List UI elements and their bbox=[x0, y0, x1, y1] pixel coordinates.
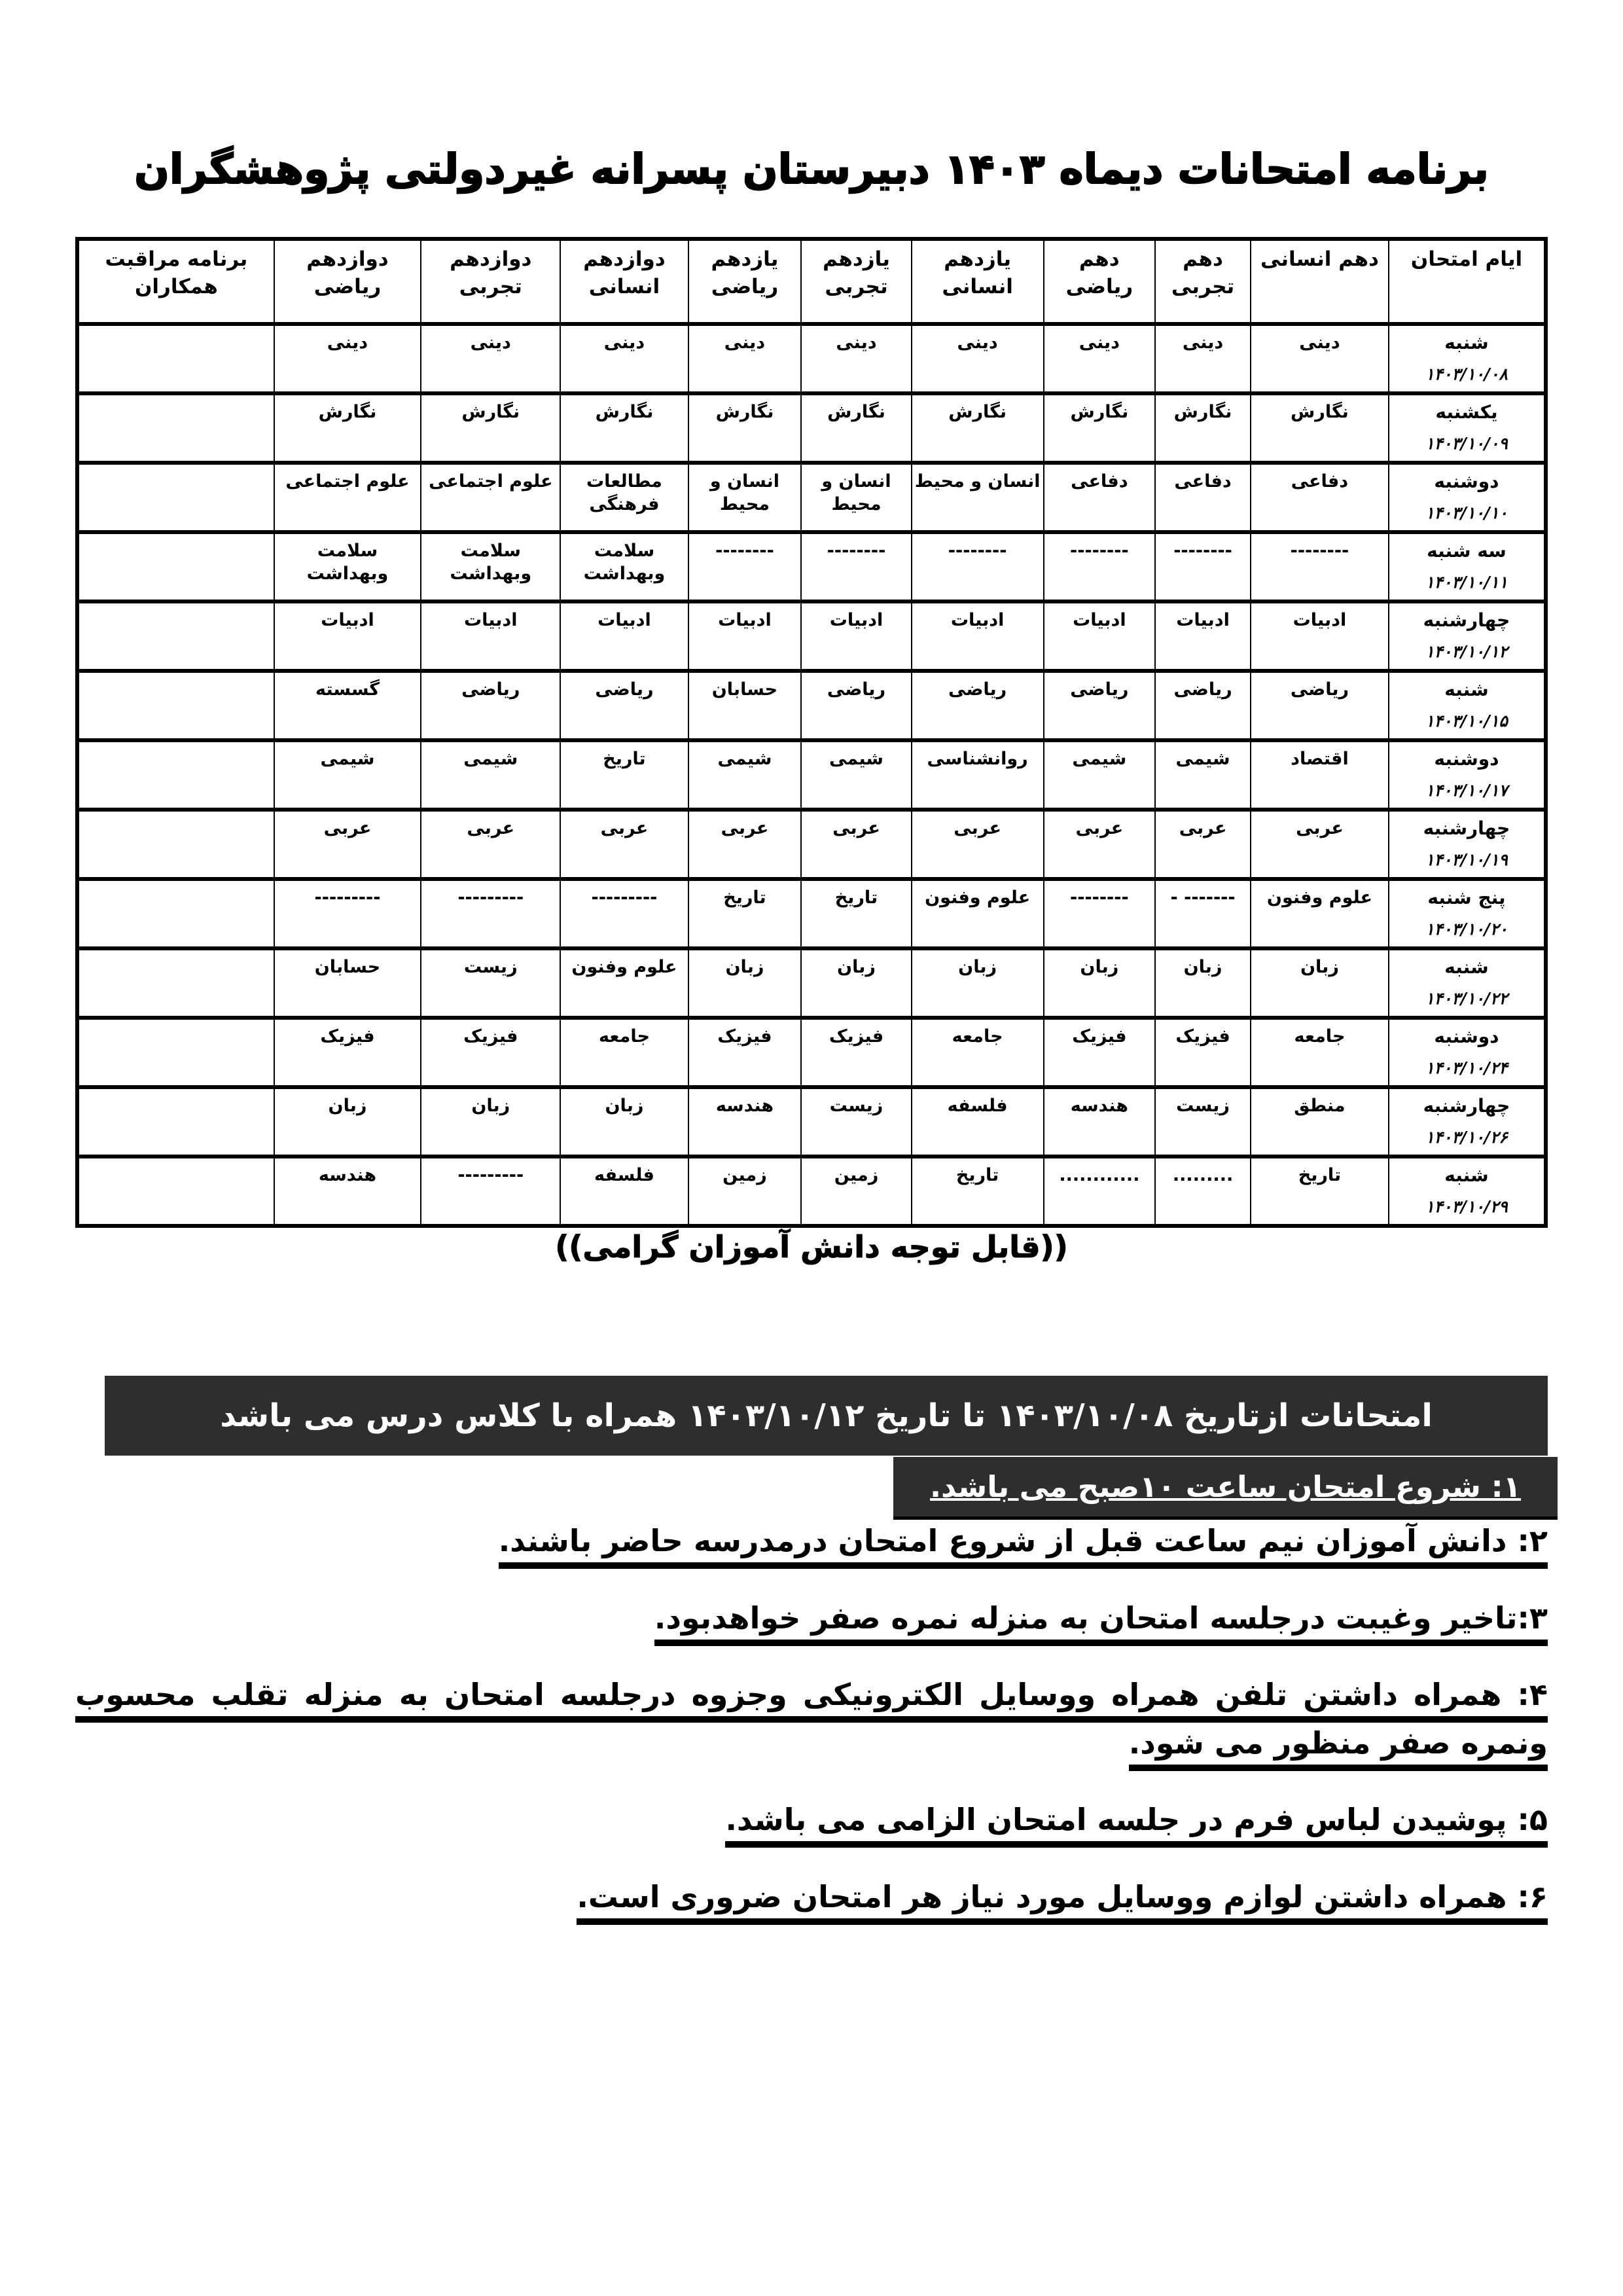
subject-cell: ادبیات bbox=[274, 601, 421, 671]
document-page: برنامه امتحانات دیماه ۱۴۰۳ دبیرستان پسرا… bbox=[0, 0, 1623, 2296]
subject-cell: -------- bbox=[1251, 532, 1389, 601]
table-row: پنج شنبه۱۴۰۳/۱۰/۲۰علوم وفنون------- ----… bbox=[77, 879, 1546, 948]
day-name: دوشنبه bbox=[1389, 747, 1544, 771]
subject-cell: دینی bbox=[1155, 324, 1251, 393]
exam-day-cell: دوشنبه۱۴۰۳/۱۰/۲۴ bbox=[1389, 1018, 1546, 1087]
subject-cell: شیمی bbox=[801, 740, 911, 810]
subject-cell: فیزیک bbox=[274, 1018, 421, 1087]
column-header: برنامه مراقبت همکاران bbox=[77, 239, 274, 324]
guard-schedule-cell bbox=[77, 1087, 274, 1157]
exam-day-cell: شنبه۱۴۰۳/۱۰/۲۹ bbox=[1389, 1157, 1546, 1226]
subject-cell: اقتصاد bbox=[1251, 740, 1389, 810]
subject-cell: شیمی bbox=[421, 740, 560, 810]
page-title: برنامه امتحانات دیماه ۱۴۰۳ دبیرستان پسرا… bbox=[0, 145, 1623, 193]
subject-cell: عربی bbox=[1044, 810, 1156, 879]
subject-cell: زبان bbox=[688, 948, 802, 1018]
note-item: ۶: همراه داشتن لوازم ووسایل مورد نیاز هر… bbox=[75, 1873, 1548, 1922]
subject-cell: دینی bbox=[421, 324, 560, 393]
subject-cell: تاریخ bbox=[560, 740, 688, 810]
table-row: چهارشنبه۱۴۰۳/۱۰/۱۲ادبیاتادبیاتادبیاتادبی… bbox=[77, 601, 1546, 671]
subject-cell: جامعه bbox=[1251, 1018, 1389, 1087]
guard-schedule-cell bbox=[77, 601, 274, 671]
subject-cell: دفاعی bbox=[1251, 463, 1389, 532]
subject-cell: زبان bbox=[421, 1087, 560, 1157]
rules-list: ۲: دانش آموزان نیم ساعت قبل از شروع امتح… bbox=[75, 1517, 1548, 1950]
day-date: ۱۴۰۳/۱۰/۲۲ bbox=[1389, 988, 1544, 1010]
subject-cell: هندسه bbox=[1044, 1087, 1156, 1157]
day-name: شنبه bbox=[1389, 1164, 1544, 1187]
day-date: ۱۴۰۳/۱۰/۱۹ bbox=[1389, 850, 1544, 871]
day-name: سه شنبه bbox=[1389, 539, 1544, 563]
day-name: یکشنبه bbox=[1389, 401, 1544, 424]
table-row: شنبه۱۴۰۳/۱۰/۲۹تاریخ.....................… bbox=[77, 1157, 1546, 1226]
subject-cell: علوم وفنون bbox=[560, 948, 688, 1018]
day-date: ۱۴۰۳/۱۰/۰۸ bbox=[1389, 364, 1544, 386]
subject-cell: نگارش bbox=[1251, 393, 1389, 463]
subject-cell: فیزیک bbox=[801, 1018, 911, 1087]
subject-cell: فیزیک bbox=[688, 1018, 802, 1087]
subject-cell: علوم اجتماعی bbox=[421, 463, 560, 532]
subject-cell: --------- bbox=[421, 879, 560, 948]
note-1-text: ۱: شروع امتحان ساعت ۱۰صبح می باشد. bbox=[930, 1469, 1521, 1504]
day-name: شنبه bbox=[1389, 956, 1544, 979]
subject-cell: شیمی bbox=[688, 740, 802, 810]
table-header: ایام امتحاندهم انسانیدهم تجربیدهم ریاضیی… bbox=[77, 239, 1546, 324]
subject-cell: ------- - bbox=[1155, 879, 1251, 948]
subject-cell: زبان bbox=[1044, 948, 1156, 1018]
subject-cell: فلسفه bbox=[560, 1157, 688, 1226]
subject-cell: تاریخ bbox=[688, 879, 802, 948]
subject-cell: مطالعات فرهنگی bbox=[560, 463, 688, 532]
subject-cell: دفاعی bbox=[1155, 463, 1251, 532]
subject-cell: عربی bbox=[421, 810, 560, 879]
subject-cell: فلسفه bbox=[912, 1087, 1044, 1157]
day-date: ۱۴۰۳/۱۰/۲۰ bbox=[1389, 919, 1544, 941]
day-date: ۱۴۰۳/۱۰/۲۶ bbox=[1389, 1127, 1544, 1149]
column-header: یازدهم ریاضی bbox=[688, 239, 802, 324]
day-date: ۱۴۰۳/۱۰/۱۱ bbox=[1389, 572, 1544, 594]
exam-day-cell: یکشنبه۱۴۰۳/۱۰/۰۹ bbox=[1389, 393, 1546, 463]
subject-cell: زبان bbox=[560, 1087, 688, 1157]
subject-cell: دینی bbox=[1044, 324, 1156, 393]
subject-cell: نگارش bbox=[421, 393, 560, 463]
note-text: ۴: همراه داشتن تلفن همراه ووسایل الکترون… bbox=[75, 1677, 1548, 1771]
column-header: دهم ریاضی bbox=[1044, 239, 1156, 324]
subject-cell: فیزیک bbox=[421, 1018, 560, 1087]
exam-day-cell: شنبه۱۴۰۳/۱۰/۱۵ bbox=[1389, 671, 1546, 740]
guard-schedule-cell bbox=[77, 324, 274, 393]
subject-cell: منطق bbox=[1251, 1087, 1389, 1157]
guard-schedule-cell bbox=[77, 671, 274, 740]
subject-cell: دینی bbox=[1251, 324, 1389, 393]
guard-schedule-cell bbox=[77, 740, 274, 810]
subject-cell: دینی bbox=[688, 324, 802, 393]
subject-cell: نگارش bbox=[912, 393, 1044, 463]
subject-cell: عربی bbox=[688, 810, 802, 879]
subject-cell: ادبیات bbox=[421, 601, 560, 671]
note-item: ۴: همراه داشتن تلفن همراه ووسایل الکترون… bbox=[75, 1671, 1548, 1767]
exam-day-cell: سه شنبه۱۴۰۳/۱۰/۱۱ bbox=[1389, 532, 1546, 601]
subject-cell: --------- bbox=[560, 879, 688, 948]
subject-cell: زبان bbox=[274, 1087, 421, 1157]
subject-cell: نگارش bbox=[274, 393, 421, 463]
students-notice-caption: ((قابل توجه دانش آموزان گرامی)) bbox=[0, 1229, 1623, 1265]
guard-schedule-cell bbox=[77, 1157, 274, 1226]
note-item: ۵: پوشیدن لباس فرم در جلسه امتحان الزامی… bbox=[75, 1796, 1548, 1844]
column-header: دهم انسانی bbox=[1251, 239, 1389, 324]
day-date: ۱۴۰۳/۱۰/۲۹ bbox=[1389, 1196, 1544, 1218]
day-date: ۱۴۰۳/۱۰/۱۰ bbox=[1389, 503, 1544, 524]
day-date: ۱۴۰۳/۱۰/۱۲ bbox=[1389, 641, 1544, 663]
subject-cell: زمین bbox=[688, 1157, 802, 1226]
guard-schedule-cell bbox=[77, 948, 274, 1018]
guard-schedule-cell bbox=[77, 1018, 274, 1087]
subject-cell: --------- bbox=[274, 879, 421, 948]
subject-cell: عربی bbox=[560, 810, 688, 879]
subject-cell: شیمی bbox=[1155, 740, 1251, 810]
subject-cell: ادبیات bbox=[688, 601, 802, 671]
subject-cell: دینی bbox=[560, 324, 688, 393]
note-text: ۶: همراه داشتن لوازم ووسایل مورد نیاز هر… bbox=[577, 1879, 1548, 1925]
guard-schedule-cell bbox=[77, 810, 274, 879]
subject-cell: سلامت وبهداشت bbox=[274, 532, 421, 601]
subject-cell: ریاضی bbox=[912, 671, 1044, 740]
subject-cell: -------- bbox=[801, 532, 911, 601]
subject-cell: عربی bbox=[1251, 810, 1389, 879]
column-header: دهم تجربی bbox=[1155, 239, 1251, 324]
subject-cell: نگارش bbox=[688, 393, 802, 463]
subject-cell: گسسته bbox=[274, 671, 421, 740]
subject-cell: هندسه bbox=[688, 1087, 802, 1157]
subject-cell: تاریخ bbox=[801, 879, 911, 948]
subject-cell: سلامت وبهداشت bbox=[560, 532, 688, 601]
table-body: شنبه۱۴۰۳/۱۰/۰۸دینیدینیدینیدینیدینیدینیدی… bbox=[77, 324, 1546, 1226]
day-name: شنبه bbox=[1389, 331, 1544, 355]
subject-cell: ریاضی bbox=[560, 671, 688, 740]
subject-cell: ......... bbox=[1155, 1157, 1251, 1226]
note-text: ۳:تاخیر وغیبت درجلسه امتحان به منزله نمر… bbox=[654, 1600, 1548, 1646]
subject-cell: انسان و محیط bbox=[688, 463, 802, 532]
subject-cell: -------- bbox=[688, 532, 802, 601]
subject-cell: عربی bbox=[1155, 810, 1251, 879]
subject-cell: نگارش bbox=[801, 393, 911, 463]
subject-cell: زیست bbox=[801, 1087, 911, 1157]
subject-cell: ............ bbox=[1044, 1157, 1156, 1226]
day-name: چهارشنبه bbox=[1389, 609, 1544, 632]
table-row: چهارشنبه۱۴۰۳/۱۰/۱۹عربیعربیعربیعربیعربیعر… bbox=[77, 810, 1546, 879]
guard-schedule-cell bbox=[77, 532, 274, 601]
table-row: چهارشنبه۱۴۰۳/۱۰/۲۶منطقزیستهندسهفلسفهزیست… bbox=[77, 1087, 1546, 1157]
table-row: شنبه۱۴۰۳/۱۰/۱۵ریاضیریاضیریاضیریاضیریاضیح… bbox=[77, 671, 1546, 740]
subject-cell: ادبیات bbox=[912, 601, 1044, 671]
day-date: ۱۴۰۳/۱۰/۱۵ bbox=[1389, 711, 1544, 732]
guard-schedule-cell bbox=[77, 393, 274, 463]
subject-cell: --------- bbox=[421, 1157, 560, 1226]
subject-cell: نگارش bbox=[1155, 393, 1251, 463]
subject-cell: انسان و محیط bbox=[801, 463, 911, 532]
subject-cell: -------- bbox=[1155, 532, 1251, 601]
subject-cell: جامعه bbox=[560, 1018, 688, 1087]
note-1-highlighted: ۱: شروع امتحان ساعت ۱۰صبح می باشد. bbox=[893, 1457, 1558, 1520]
subject-cell: دفاعی bbox=[1044, 463, 1156, 532]
subject-cell: زیست bbox=[421, 948, 560, 1018]
column-header: دوازدهم تجربی bbox=[421, 239, 560, 324]
day-name: شنبه bbox=[1389, 678, 1544, 702]
guard-schedule-cell bbox=[77, 879, 274, 948]
header-row: ایام امتحاندهم انسانیدهم تجربیدهم ریاضیی… bbox=[77, 239, 1546, 324]
table-row: یکشنبه۱۴۰۳/۱۰/۰۹نگارشنگارشنگارشنگارشنگار… bbox=[77, 393, 1546, 463]
subject-cell: علوم وفنون bbox=[912, 879, 1044, 948]
subject-cell: دینی bbox=[801, 324, 911, 393]
subject-cell: زبان bbox=[1155, 948, 1251, 1018]
day-name: دوشنبه bbox=[1389, 1025, 1544, 1049]
note-text: ۲: دانش آموزان نیم ساعت قبل از شروع امتح… bbox=[499, 1523, 1548, 1569]
subject-cell: حسابان bbox=[274, 948, 421, 1018]
column-header: یازدهم انسانی bbox=[912, 239, 1044, 324]
subject-cell: سلامت وبهداشت bbox=[421, 532, 560, 601]
exam-day-cell: چهارشنبه۱۴۰۳/۱۰/۱۲ bbox=[1389, 601, 1546, 671]
exam-day-cell: شنبه۱۴۰۳/۱۰/۲۲ bbox=[1389, 948, 1546, 1018]
day-date: ۱۴۰۳/۱۰/۲۴ bbox=[1389, 1058, 1544, 1079]
subject-cell: عربی bbox=[274, 810, 421, 879]
subject-cell: ریاضی bbox=[421, 671, 560, 740]
subject-cell: عربی bbox=[912, 810, 1044, 879]
subject-cell: -------- bbox=[912, 532, 1044, 601]
subject-cell: ریاضی bbox=[1155, 671, 1251, 740]
exam-day-cell: چهارشنبه۱۴۰۳/۱۰/۲۶ bbox=[1389, 1087, 1546, 1157]
subject-cell: انسان و محیط bbox=[912, 463, 1044, 532]
table-row: دوشنبه۱۴۰۳/۱۰/۱۰دفاعیدفاعیدفاعیانسان و م… bbox=[77, 463, 1546, 532]
exam-dates-banner-text: امتحانات ازتاریخ ۱۴۰۳/۱۰/۰۸ تا تاریخ ۱۴۰… bbox=[220, 1397, 1433, 1434]
subject-cell: ادبیات bbox=[1251, 601, 1389, 671]
subject-cell: جامعه bbox=[912, 1018, 1044, 1087]
subject-cell: -------- bbox=[1044, 879, 1156, 948]
day-name: پنج شنبه bbox=[1389, 886, 1544, 910]
column-header: ایام امتحان bbox=[1389, 239, 1546, 324]
exam-day-cell: دوشنبه۱۴۰۳/۱۰/۱۰ bbox=[1389, 463, 1546, 532]
subject-cell: نگارش bbox=[560, 393, 688, 463]
subject-cell: ریاضی bbox=[1044, 671, 1156, 740]
subject-cell: دینی bbox=[912, 324, 1044, 393]
subject-cell: شیمی bbox=[1044, 740, 1156, 810]
exam-day-cell: چهارشنبه۱۴۰۳/۱۰/۱۹ bbox=[1389, 810, 1546, 879]
subject-cell: ریاضی bbox=[1251, 671, 1389, 740]
table-row: شنبه۱۴۰۳/۱۰/۰۸دینیدینیدینیدینیدینیدینیدی… bbox=[77, 324, 1546, 393]
note-item: ۳:تاخیر وغیبت درجلسه امتحان به منزله نمر… bbox=[75, 1594, 1548, 1643]
subject-cell: -------- bbox=[1044, 532, 1156, 601]
exam-day-cell: دوشنبه۱۴۰۳/۱۰/۱۷ bbox=[1389, 740, 1546, 810]
subject-cell: زبان bbox=[912, 948, 1044, 1018]
day-name: چهارشنبه bbox=[1389, 817, 1544, 840]
subject-cell: تاریخ bbox=[912, 1157, 1044, 1226]
column-header: دوازدهم انسانی bbox=[560, 239, 688, 324]
subject-cell: ادبیات bbox=[1155, 601, 1251, 671]
subject-cell: زبان bbox=[801, 948, 911, 1018]
note-item: ۲: دانش آموزان نیم ساعت قبل از شروع امتح… bbox=[75, 1517, 1548, 1566]
guard-schedule-cell bbox=[77, 463, 274, 532]
subject-cell: دینی bbox=[274, 324, 421, 393]
subject-cell: علوم وفنون bbox=[1251, 879, 1389, 948]
subject-cell: ادبیات bbox=[1044, 601, 1156, 671]
column-header: یازدهم تجربی bbox=[801, 239, 911, 324]
subject-cell: روانشناسی bbox=[912, 740, 1044, 810]
subject-cell: عربی bbox=[801, 810, 911, 879]
subject-cell: زیست bbox=[1155, 1087, 1251, 1157]
subject-cell: هندسه bbox=[274, 1157, 421, 1226]
subject-cell: شیمی bbox=[274, 740, 421, 810]
day-name: چهارشنبه bbox=[1389, 1094, 1544, 1118]
table-row: دوشنبه۱۴۰۳/۱۰/۲۴جامعهفیزیکفیزیکجامعهفیزی… bbox=[77, 1018, 1546, 1087]
table-row: دوشنبه۱۴۰۳/۱۰/۱۷اقتصادشیمیشیمیروانشناسیش… bbox=[77, 740, 1546, 810]
subject-cell: زمین bbox=[801, 1157, 911, 1226]
day-date: ۱۴۰۳/۱۰/۰۹ bbox=[1389, 433, 1544, 455]
subject-cell: فیزیک bbox=[1044, 1018, 1156, 1087]
exam-day-cell: پنج شنبه۱۴۰۳/۱۰/۲۰ bbox=[1389, 879, 1546, 948]
subject-cell: ریاضی bbox=[801, 671, 911, 740]
column-header: دوازدهم ریاضی bbox=[274, 239, 421, 324]
subject-cell: ادبیات bbox=[560, 601, 688, 671]
subject-cell: فیزیک bbox=[1155, 1018, 1251, 1087]
note-text: ۵: پوشیدن لباس فرم در جلسه امتحان الزامی… bbox=[725, 1802, 1548, 1848]
subject-cell: حسابان bbox=[688, 671, 802, 740]
day-date: ۱۴۰۳/۱۰/۱۷ bbox=[1389, 780, 1544, 802]
day-name: دوشنبه bbox=[1389, 470, 1544, 493]
subject-cell: زبان bbox=[1251, 948, 1389, 1018]
exam-day-cell: شنبه۱۴۰۳/۱۰/۰۸ bbox=[1389, 324, 1546, 393]
exam-schedule-table: ایام امتحاندهم انسانیدهم تجربیدهم ریاضیی… bbox=[75, 237, 1548, 1228]
subject-cell: نگارش bbox=[1044, 393, 1156, 463]
subject-cell: علوم اجتماعی bbox=[274, 463, 421, 532]
exam-dates-banner: امتحانات ازتاریخ ۱۴۰۳/۱۰/۰۸ تا تاریخ ۱۴۰… bbox=[105, 1376, 1548, 1456]
subject-cell: ادبیات bbox=[801, 601, 911, 671]
subject-cell: تاریخ bbox=[1251, 1157, 1389, 1226]
table-row: شنبه۱۴۰۳/۱۰/۲۲زبانزبانزبانزبانزبانزبانعل… bbox=[77, 948, 1546, 1018]
table-row: سه شنبه۱۴۰۳/۱۰/۱۱-----------------------… bbox=[77, 532, 1546, 601]
